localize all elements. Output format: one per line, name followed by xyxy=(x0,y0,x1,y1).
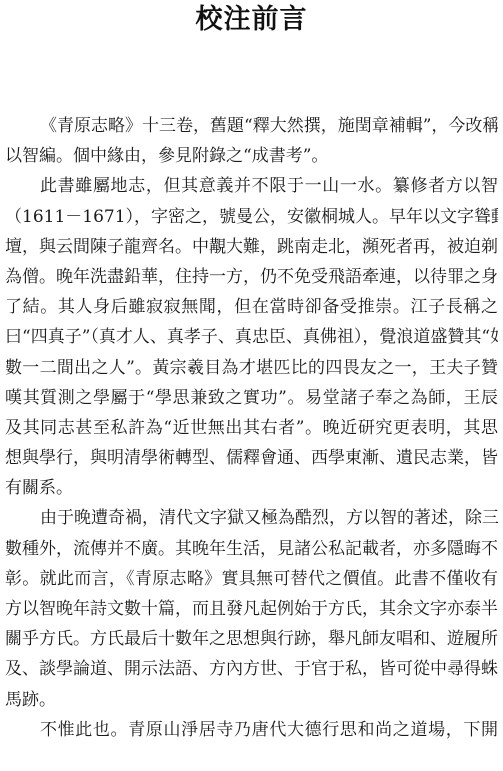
text-line: 及其同志甚至私許為“近世無出其右者”。晚近研究更表明，其思 xyxy=(5,413,498,443)
text-line: 以智編。個中緣由，參見附錄之“成書考”。 xyxy=(5,141,498,171)
text-line: 彰。就此而言，《青原志略》實具無可替代之價值。此書不僅收有 xyxy=(5,564,498,594)
text-line: 不惟此也。青原山淨居寺乃唐代大德行思和尚之道場，下開 xyxy=(5,715,498,745)
text-line: 想與學行，與明清學術轉型、儒釋會通、西學東漸、遺民志業，皆大 xyxy=(5,443,498,473)
text-line: 為僧。晚年洗盡鉛華，住持一方，仍不免受飛語牽連，以待罪之身 xyxy=(5,262,498,292)
text-line: 方以智晚年詩文數十篇，而且發凡起例始于方氏，其余文字亦泰半 xyxy=(5,594,498,624)
text-line: 有關系。 xyxy=(5,473,498,503)
page-title: 校注前言 xyxy=(0,4,503,36)
text-line: 數種外，流傳并不廣。其晚年生活，見諸公私記載者，亦多隱晦不 xyxy=(5,534,498,564)
text-line: 馬跡。 xyxy=(5,685,498,715)
text-line: 了結。其人身后雖寂寂無聞，但在當時卻备受推崇。江子長稱之 xyxy=(5,292,498,322)
text-line: （1611－1671），字密之，號曼公，安徽桐城人。早年以文字聳動文 xyxy=(5,202,498,232)
text-line: 及、談學論道、開示法語、方內方世、于官于私，皆可從中尋得蛛絲 xyxy=(5,654,498,684)
text-line: 數一二間出之人”。黃宗羲目為才堪匹比的四畏友之一，王夫子贊 xyxy=(5,353,498,383)
body-text: 《青原志略》十三卷，舊題“釋大然撰，施閏章補輯”，今改稱方以智編。個中緣由，參見… xyxy=(5,111,498,745)
text-line: 由于晚遭奇禍，清代文字獄又極為酷烈，方以智的著述，除三 xyxy=(5,503,498,533)
text-line: 壇，與云間陳子龍齊名。中覯大難，跳南走北，瀕死者再，被迫剃髮 xyxy=(5,232,498,262)
text-line: 此書雖屬地志，但其意義并不限于一山一水。纂修者方以智 xyxy=(5,171,498,201)
text-line: 《青原志略》十三卷，舊題“釋大然撰，施閏章補輯”，今改稱方 xyxy=(5,111,498,141)
text-line: 嘆其質測之學屬于“學思兼致之實功”。易堂諸子奉之為師，王辰 xyxy=(5,383,498,413)
text-line: 關乎方氏。方氏最后十數年之思想與行跡，舉凡師友唱和、遊履所 xyxy=(5,624,498,654)
text-line: 曰“四真子”（真才人、真孝子、真忠臣、真佛祖），覺浪道盛贊其“如 xyxy=(5,322,498,352)
document-page: 校注前言 《青原志略》十三卷，舊題“釋大然撰，施閏章補輯”，今改稱方以智編。個中… xyxy=(0,0,503,771)
